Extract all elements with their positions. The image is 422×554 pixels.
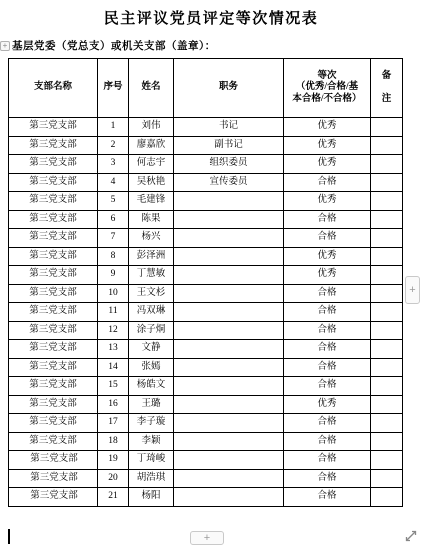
cell-name[interactable]: 胡浩琪	[129, 469, 174, 488]
cell-name[interactable]: 丁琦峻	[129, 451, 174, 470]
table-row: 第三党支部8彭泽洲优秀	[9, 247, 403, 266]
cell-name[interactable]: 文静	[129, 340, 174, 359]
cell-remark[interactable]	[371, 469, 403, 488]
cell-remark[interactable]	[371, 321, 403, 340]
table-row: 第三党支部2廖嘉欣副书记优秀	[9, 136, 403, 155]
cell-branch[interactable]: 第三党支部	[9, 358, 98, 377]
cell-branch[interactable]: 第三党支部	[9, 284, 98, 303]
cell-branch[interactable]: 第三党支部	[9, 136, 98, 155]
cell-remark[interactable]	[371, 229, 403, 248]
cell-grade[interactable]: 合格	[284, 469, 371, 488]
cell-branch[interactable]: 第三党支部	[9, 118, 98, 137]
cell-branch[interactable]: 第三党支部	[9, 303, 98, 322]
cell-grade[interactable]: 合格	[284, 358, 371, 377]
cell-name[interactable]: 杨皓文	[129, 377, 174, 396]
table-header-row: 支部名称 序号 姓名 职务 等次 （优秀/合格/基 本合格/不合格） 备 注	[9, 59, 403, 118]
table-body: 第三党支部1刘伟书记优秀第三党支部2廖嘉欣副书记优秀第三党支部3何志宇组织委员优…	[9, 118, 403, 507]
header-name[interactable]: 姓名	[129, 59, 174, 118]
table-row: 第三党支部15杨皓文合格	[9, 377, 403, 396]
table-move-handle-icon[interactable]: +	[0, 41, 10, 51]
cell-index[interactable]: 16	[98, 395, 129, 414]
cell-branch[interactable]: 第三党支部	[9, 340, 98, 359]
header-grade-line1: 等次	[284, 71, 370, 82]
cell-position[interactable]	[174, 266, 284, 285]
cell-branch[interactable]: 第三党支部	[9, 210, 98, 229]
cell-name[interactable]: 刘伟	[129, 118, 174, 137]
cell-remark[interactable]	[371, 414, 403, 433]
cell-position[interactable]	[174, 229, 284, 248]
cell-name[interactable]: 何志宇	[129, 155, 174, 174]
cell-index[interactable]: 10	[98, 284, 129, 303]
cell-index[interactable]: 7	[98, 229, 129, 248]
cell-remark[interactable]	[371, 488, 403, 507]
cell-remark[interactable]	[371, 377, 403, 396]
cell-index[interactable]: 4	[98, 173, 129, 192]
cell-index[interactable]: 17	[98, 414, 129, 433]
cell-grade[interactable]: 优秀	[284, 247, 371, 266]
table-row: 第三党支部20胡浩琪合格	[9, 469, 403, 488]
cell-name[interactable]: 杨兴	[129, 229, 174, 248]
cell-remark[interactable]	[371, 118, 403, 137]
cell-remark[interactable]	[371, 432, 403, 451]
cell-name[interactable]: 涂子烔	[129, 321, 174, 340]
cell-position[interactable]	[174, 192, 284, 211]
cell-grade[interactable]: 优秀	[284, 395, 371, 414]
cell-name[interactable]: 杨阳	[129, 488, 174, 507]
cell-position[interactable]	[174, 210, 284, 229]
cell-index[interactable]: 3	[98, 155, 129, 174]
cell-remark[interactable]	[371, 340, 403, 359]
cell-branch[interactable]: 第三党支部	[9, 266, 98, 285]
cell-position[interactable]	[174, 414, 284, 433]
cell-remark[interactable]	[371, 358, 403, 377]
cell-branch[interactable]: 第三党支部	[9, 192, 98, 211]
cell-branch[interactable]: 第三党支部	[9, 488, 98, 507]
cell-grade[interactable]: 合格	[284, 284, 371, 303]
table-row: 第三党支部14张嫣合格	[9, 358, 403, 377]
header-grade-line3: 本合格/不合格）	[284, 94, 370, 105]
cell-name[interactable]: 吴秋艳	[129, 173, 174, 192]
cell-branch[interactable]: 第三党支部	[9, 247, 98, 266]
cell-branch[interactable]: 第三党支部	[9, 469, 98, 488]
table-row: 第三党支部16王璐优秀	[9, 395, 403, 414]
cell-name[interactable]: 张嫣	[129, 358, 174, 377]
cell-branch[interactable]: 第三党支部	[9, 451, 98, 470]
cell-grade[interactable]: 合格	[284, 229, 371, 248]
cell-remark[interactable]	[371, 247, 403, 266]
table-row: 第三党支部5毛建锋优秀	[9, 192, 403, 211]
table-row: 第三党支部6陈果合格	[9, 210, 403, 229]
cell-position[interactable]	[174, 395, 284, 414]
cell-branch[interactable]: 第三党支部	[9, 377, 98, 396]
cell-branch[interactable]: 第三党支部	[9, 321, 98, 340]
table-row: 第三党支部21杨阳合格	[9, 488, 403, 507]
cell-remark[interactable]	[371, 210, 403, 229]
cell-position[interactable]	[174, 432, 284, 451]
header-branch[interactable]: 支部名称	[9, 59, 98, 118]
cell-position[interactable]	[174, 303, 284, 322]
cell-grade[interactable]: 合格	[284, 210, 371, 229]
cell-name[interactable]: 彭泽洲	[129, 247, 174, 266]
cell-remark[interactable]	[371, 284, 403, 303]
cell-index[interactable]: 1	[98, 118, 129, 137]
cell-grade[interactable]: 合格	[284, 303, 371, 322]
cell-index[interactable]: 9	[98, 266, 129, 285]
cell-remark[interactable]	[371, 155, 403, 174]
cell-remark[interactable]	[371, 451, 403, 470]
cell-remark[interactable]	[371, 266, 403, 285]
cell-position[interactable]	[174, 358, 284, 377]
header-grade[interactable]: 等次 （优秀/合格/基 本合格/不合格）	[284, 59, 371, 118]
table-row: 第三党支部11冯双琳合格	[9, 303, 403, 322]
document-page: 民主评议党员评定等次情况表 + 基层党委（党总支）或机关支部（盖章）： 支部名称…	[0, 0, 422, 554]
table-row: 第三党支部17李子璇合格	[9, 414, 403, 433]
cell-index[interactable]: 20	[98, 469, 129, 488]
table-row: 第三党支部9丁慧敏优秀	[9, 266, 403, 285]
cell-branch[interactable]: 第三党支部	[9, 229, 98, 248]
header-position[interactable]: 职务	[174, 59, 284, 118]
cell-position[interactable]: 副书记	[174, 136, 284, 155]
cell-grade[interactable]: 优秀	[284, 266, 371, 285]
cell-position[interactable]	[174, 451, 284, 470]
cell-name[interactable]: 李子璇	[129, 414, 174, 433]
table-row: 第三党支部7杨兴合格	[9, 229, 403, 248]
cell-branch[interactable]: 第三党支部	[9, 432, 98, 451]
table-row: 第三党支部12涂子烔合格	[9, 321, 403, 340]
cell-name[interactable]: 廖嘉欣	[129, 136, 174, 155]
header-grade-line2: （优秀/合格/基	[284, 82, 370, 93]
cell-position[interactable]	[174, 469, 284, 488]
cell-grade[interactable]: 优秀	[284, 192, 371, 211]
cell-grade[interactable]: 合格	[284, 432, 371, 451]
cell-index[interactable]: 8	[98, 247, 129, 266]
cell-grade[interactable]: 合格	[284, 340, 371, 359]
cell-index[interactable]: 11	[98, 303, 129, 322]
cell-grade[interactable]: 合格	[284, 451, 371, 470]
cell-grade[interactable]: 优秀	[284, 155, 371, 174]
document-title: 民主评议党员评定等次情况表	[0, 7, 422, 28]
cell-index[interactable]: 19	[98, 451, 129, 470]
add-column-button[interactable]: +	[405, 276, 420, 304]
cell-grade[interactable]: 合格	[284, 488, 371, 507]
cell-name[interactable]: 冯双琳	[129, 303, 174, 322]
cell-remark[interactable]	[371, 192, 403, 211]
cell-position[interactable]	[174, 340, 284, 359]
header-remark-line1: 备	[371, 65, 402, 88]
cell-index[interactable]: 12	[98, 321, 129, 340]
cell-name[interactable]: 毛建锋	[129, 192, 174, 211]
cell-grade[interactable]: 合格	[284, 414, 371, 433]
cell-position[interactable]: 组织委员	[174, 155, 284, 174]
cell-remark[interactable]	[371, 136, 403, 155]
cell-grade[interactable]: 优秀	[284, 136, 371, 155]
header-remark-line2: 注	[371, 88, 402, 111]
header-remark[interactable]: 备 注	[371, 59, 403, 118]
cell-name[interactable]: 陈果	[129, 210, 174, 229]
cell-grade[interactable]: 合格	[284, 173, 371, 192]
cell-position[interactable]: 书记	[174, 118, 284, 137]
cell-position[interactable]	[174, 377, 284, 396]
cell-position[interactable]	[174, 488, 284, 507]
cell-grade[interactable]: 合格	[284, 321, 371, 340]
header-index[interactable]: 序号	[98, 59, 129, 118]
table-row: 第三党支部10王文杉合格	[9, 284, 403, 303]
table-row: 第三党支部19丁琦峻合格	[9, 451, 403, 470]
cell-index[interactable]: 18	[98, 432, 129, 451]
table-resize-handle-icon[interactable]	[403, 528, 419, 544]
cell-branch[interactable]: 第三党支部	[9, 414, 98, 433]
cell-name[interactable]: 丁慧敏	[129, 266, 174, 285]
stamp-line: 基层党委（党总支）或机关支部（盖章）：	[12, 38, 216, 53]
table-row: 第三党支部13文静合格	[9, 340, 403, 359]
cell-branch[interactable]: 第三党支部	[9, 155, 98, 174]
cell-branch[interactable]: 第三党支部	[9, 395, 98, 414]
evaluation-table: 支部名称 序号 姓名 职务 等次 （优秀/合格/基 本合格/不合格） 备 注 第…	[8, 58, 403, 507]
cell-name[interactable]: 王璐	[129, 395, 174, 414]
cell-remark[interactable]	[371, 303, 403, 322]
text-cursor	[8, 529, 10, 544]
cell-position[interactable]	[174, 321, 284, 340]
cell-index[interactable]: 13	[98, 340, 129, 359]
add-row-button[interactable]: +	[190, 531, 224, 545]
cell-index[interactable]: 21	[98, 488, 129, 507]
cell-remark[interactable]	[371, 395, 403, 414]
cell-index[interactable]: 5	[98, 192, 129, 211]
table-row: 第三党支部1刘伟书记优秀	[9, 118, 403, 137]
cell-position[interactable]: 宣传委员	[174, 173, 284, 192]
cell-remark[interactable]	[371, 173, 403, 192]
cell-branch[interactable]: 第三党支部	[9, 173, 98, 192]
table-row: 第三党支部4吴秋艳宣传委员合格	[9, 173, 403, 192]
cell-position[interactable]	[174, 247, 284, 266]
cell-position[interactable]	[174, 284, 284, 303]
cell-name[interactable]: 王文杉	[129, 284, 174, 303]
table-row: 第三党支部18李颖合格	[9, 432, 403, 451]
cell-name[interactable]: 李颖	[129, 432, 174, 451]
cell-index[interactable]: 6	[98, 210, 129, 229]
cell-grade[interactable]: 优秀	[284, 118, 371, 137]
cell-index[interactable]: 15	[98, 377, 129, 396]
cell-index[interactable]: 2	[98, 136, 129, 155]
cell-grade[interactable]: 合格	[284, 377, 371, 396]
table-row: 第三党支部3何志宇组织委员优秀	[9, 155, 403, 174]
cell-index[interactable]: 14	[98, 358, 129, 377]
